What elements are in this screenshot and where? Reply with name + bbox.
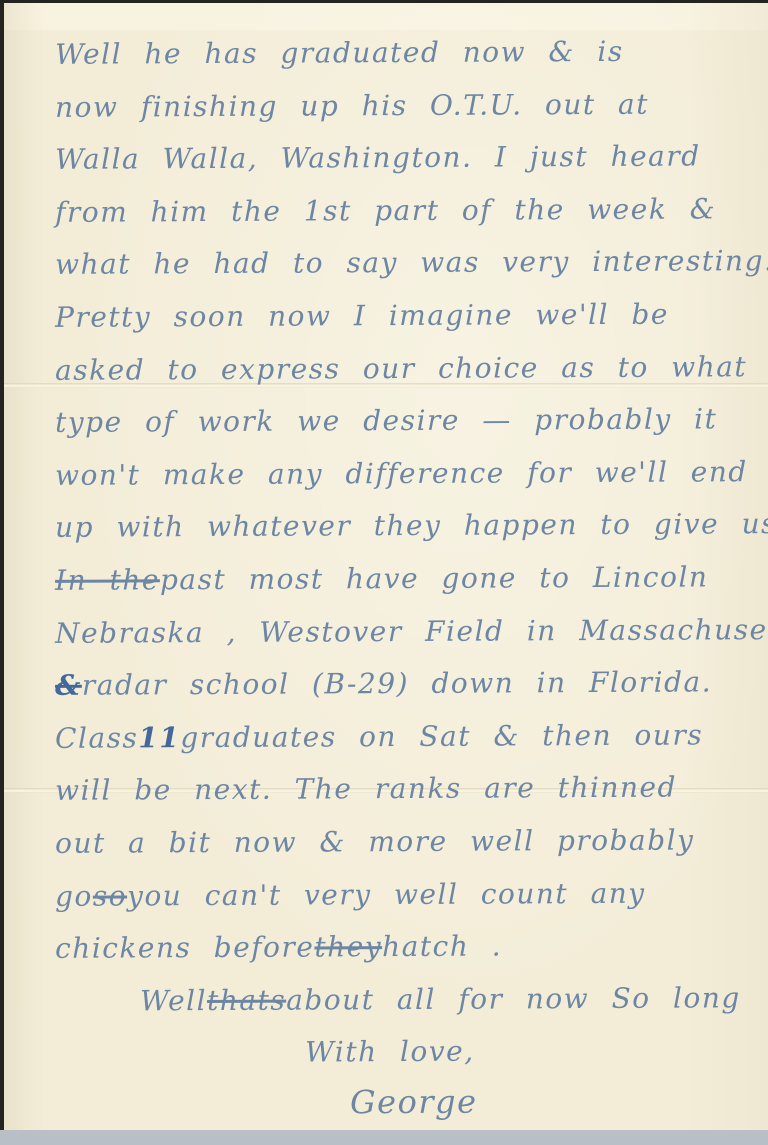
handwriting-text: go [55, 879, 93, 912]
scanner-background-strip [0, 1130, 768, 1145]
handwriting-text: George [350, 1082, 478, 1121]
handwriting-text: graduates on Sat & then ours [180, 718, 703, 754]
letter-line: will be next. The ranks are thinned [55, 750, 755, 806]
handwriting-text: past most have gone to Lincoln [160, 560, 709, 596]
handwriting-text: radar school (B-29) down in Florida. [82, 665, 712, 701]
handwriting-text: up with whatever they happen to give us, [55, 507, 768, 544]
handwriting-text: hatch . [382, 929, 502, 963]
letter-line: what he had to say was very interesting. [55, 225, 755, 281]
letter-line: now finishing up his O.T.U. out at [55, 67, 755, 123]
letter-line: Nebraska , Westover Field in Massachuset… [55, 593, 755, 649]
signature-line: George [55, 1066, 755, 1122]
handwriting-text: will be next. The ranks are thinned [55, 770, 677, 806]
letter-line: type of work we desire — probably it [55, 382, 755, 438]
letter-line: Well thats about all for now So long [55, 961, 755, 1017]
letter-line: Pretty soon now I imagine we'll be [55, 277, 755, 333]
letter-line: asked to express our choice as to what [55, 330, 755, 386]
letter-line: Walla Walla, Washington. I just heard [55, 119, 755, 175]
handwriting-text: Class [55, 721, 138, 754]
handwriting-text: from him the 1st part of the week & [55, 192, 716, 228]
handwriting-text: Pretty soon now I imagine we'll be [55, 297, 669, 333]
handwriting-text: Well he has graduated now & is [55, 34, 624, 70]
handwriting-text: type of work we desire — probably it [55, 402, 717, 438]
handwriting-text: chickens before [55, 930, 315, 964]
handwriting-text: now finishing up his O.T.U. out at [55, 87, 649, 123]
handwriting-text: what he had to say was very interesting. [55, 244, 768, 281]
letter-line: & radar school (B-29) down in Florida. [55, 645, 755, 701]
letter-line: Class 11 graduates on Sat & then ours [55, 698, 755, 754]
letter-line: In the past most have gone to Lincoln [55, 540, 755, 596]
letter-lines: Well he has graduated now & isnow finish… [55, 16, 755, 1120]
handwriting-text: you can't very well count any [127, 876, 646, 912]
handwriting-text: Walla Walla, Washington. I just heard [55, 139, 701, 175]
letter-line: go so you can't very well count any [55, 856, 755, 912]
letter-page: Well he has graduated now & isnow finish… [0, 0, 768, 1145]
scan-edge-left [0, 0, 4, 1145]
letter-line: out a bit now & more well probably [55, 803, 755, 859]
struck-out-text: so [93, 879, 127, 912]
struck-out-text: thats [207, 983, 286, 1016]
handwriting-text: 11 [138, 720, 180, 753]
letter-line: up with whatever they happen to give us, [55, 488, 755, 544]
letter-line: chickens before they hatch . [55, 908, 755, 964]
handwriting-text: won't make any difference for we'll end [55, 455, 748, 492]
handwriting-text: Nebraska , Westover Field in Massachuset… [55, 612, 768, 649]
struck-out-text: & [55, 668, 82, 701]
scan-edge-top [0, 0, 768, 3]
letter-line: won't make any difference for we'll end [55, 435, 755, 491]
struck-out-text: In the [55, 563, 160, 597]
handwriting-text: out a bit now & more well probably [55, 823, 695, 859]
letter-line: from him the 1st part of the week & [55, 172, 755, 228]
struck-out-text: they [314, 930, 382, 963]
handwriting-text: about all for now So long [286, 981, 741, 1016]
handwriting-text: asked to express our choice as to what [55, 349, 747, 386]
letter-line: Well he has graduated now & is [55, 14, 755, 70]
handwriting-text: With love, [305, 1035, 475, 1069]
handwriting-text: Well [140, 983, 207, 1016]
letter-line: With love, [55, 1013, 755, 1069]
